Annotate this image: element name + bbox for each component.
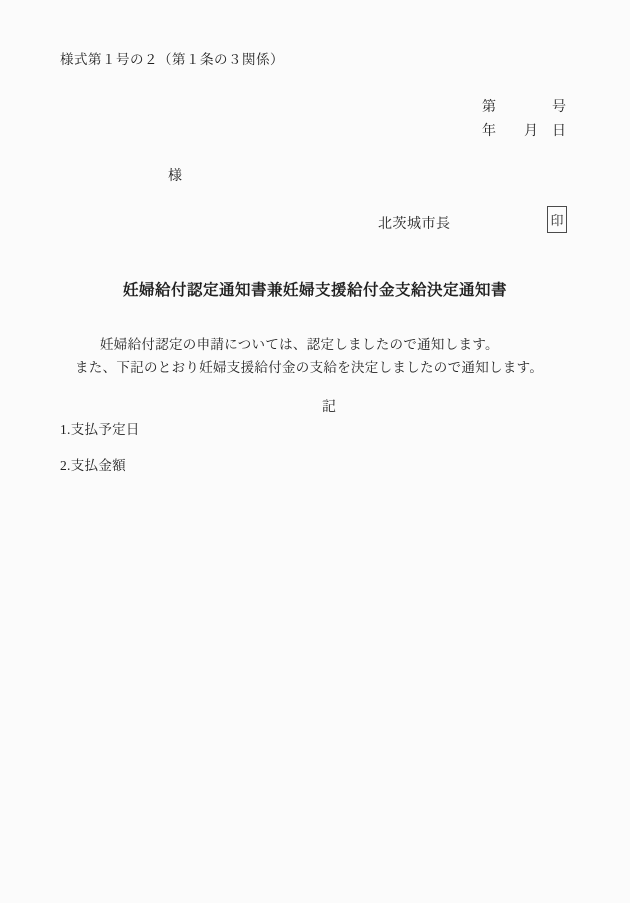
form-reference: 様式第１号の２（第１条の３関係） — [60, 48, 284, 68]
body-paragraph-line-2: また、下記のとおり妊婦支援給付金の支給を決定しましたので通知します。 — [75, 356, 543, 376]
seal-mark: 印 — [550, 210, 563, 229]
date-month-label: 月 — [524, 120, 538, 140]
doc-number-suffix-label: 号 — [552, 96, 566, 116]
addressee-honorific-label: 様 — [168, 165, 182, 185]
doc-number-prefix-label: 第 — [482, 96, 496, 116]
issuer-name: 北茨城市長 — [378, 213, 451, 233]
document-title: 妊婦給付認定通知書兼妊婦支援給付金支給決定通知書 — [0, 278, 630, 300]
document-page: 様式第１号の２（第１条の３関係） 第 号 年 月 日 様 北茨城市長 印 妊婦給… — [0, 0, 630, 903]
list-item-payment-amount: 2.支払金額 — [60, 454, 126, 474]
date-day-label: 日 — [552, 120, 566, 140]
seal-box: 印 — [547, 206, 567, 233]
record-marker: 記 — [322, 396, 336, 416]
date-year-label: 年 — [482, 120, 496, 140]
body-paragraph-line-1: 妊婦給付認定の申請については、認定しましたので通知します。 — [100, 333, 499, 353]
list-item-payment-date: 1.支払予定日 — [60, 418, 140, 438]
